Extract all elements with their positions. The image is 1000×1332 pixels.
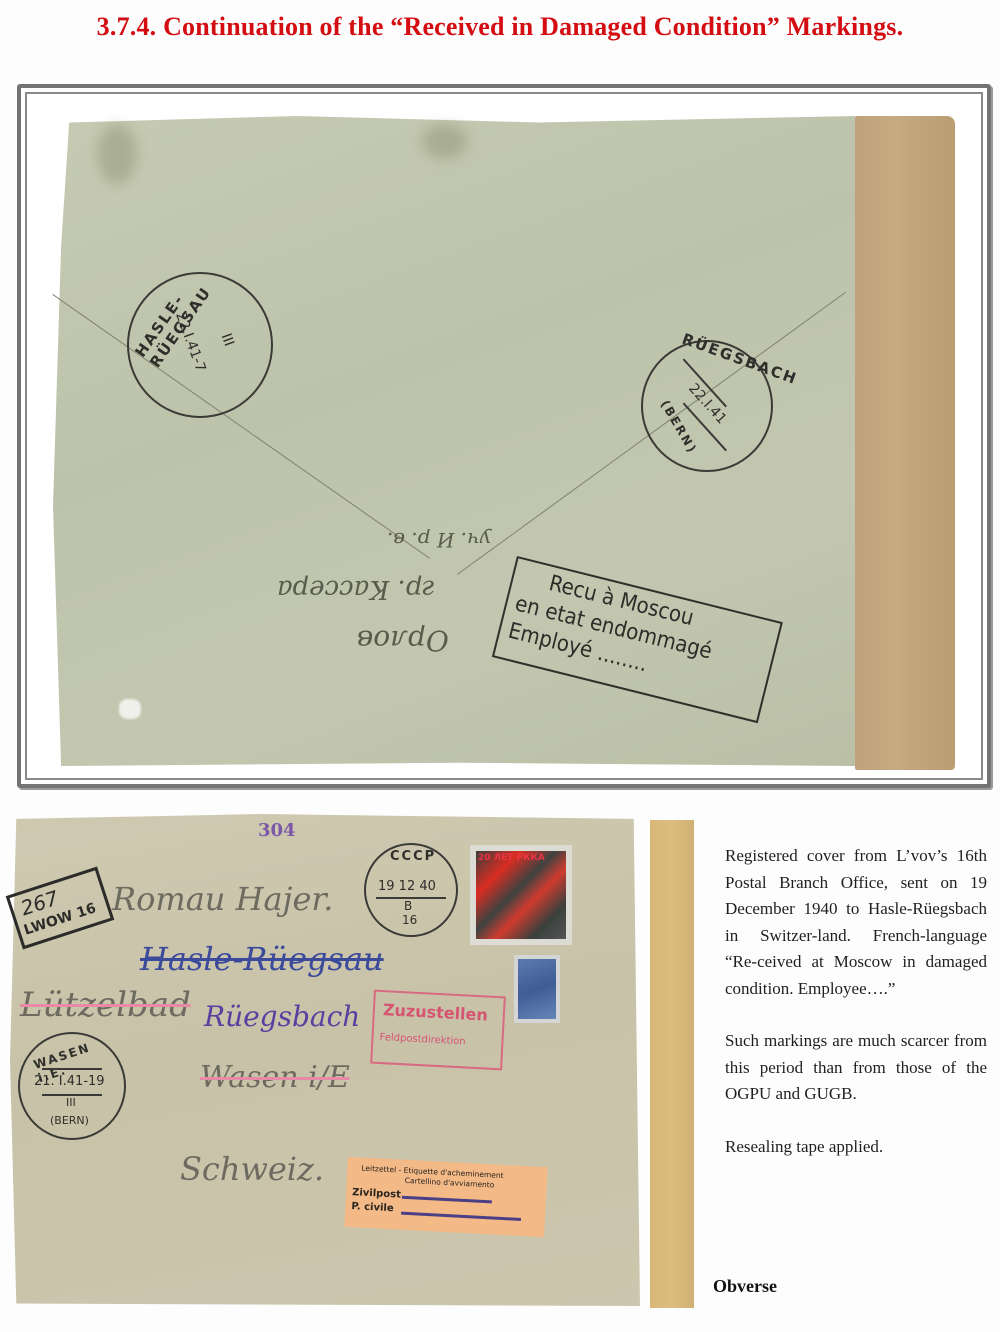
stamp-text: 20 ЛЕТ РККА	[478, 853, 545, 863]
postmark-date: 21. I.41-19	[34, 1074, 105, 1089]
paper-damage	[119, 699, 141, 719]
marking-line: Feldpostdirektion	[379, 1032, 466, 1047]
postmark-code: III	[66, 1096, 76, 1109]
address-line: Wasen i/E	[200, 1060, 350, 1095]
strike-through	[401, 1212, 521, 1221]
postmark-text: (BERN)	[50, 1114, 89, 1127]
address-line: Rüegsbach	[204, 1000, 360, 1033]
postmark-code: B	[404, 899, 412, 913]
label-line: Zivilpost	[352, 1187, 401, 1201]
label-line: P. civile	[351, 1201, 394, 1214]
handwritten-note: гр. Кассера	[277, 574, 436, 604]
postmark-office: 16	[402, 913, 417, 927]
obverse-caption: Obverse	[713, 1276, 777, 1297]
description-paragraph: Registered cover from L’vov’s 16th Posta…	[725, 843, 987, 1002]
postmark-code: III	[218, 331, 237, 348]
handwritten-note: уч. И р. в.	[387, 528, 491, 552]
handwritten-note: Орлов	[357, 624, 449, 657]
stamp-red-army: 20 ЛЕТ РККА	[470, 845, 572, 945]
purple-number: 304	[258, 820, 296, 841]
description: Registered cover from L’vov’s 16th Posta…	[725, 843, 987, 1186]
routing-label: Leitzettel - Etiquette d'acheminement Ca…	[344, 1157, 547, 1237]
description-paragraph: Such markings are much scarcer from this…	[725, 1028, 987, 1108]
address-line: Romau Hajer.	[112, 880, 333, 918]
postmark-text: CCCP	[390, 849, 436, 864]
postmark-lvov: CCCP 19 12 40 B 16	[364, 843, 458, 937]
page-title: 3.7.4. Continuation of the “Received in …	[0, 12, 1000, 42]
address-line: Schweiz.	[180, 1150, 324, 1188]
postmark-date: 19 12 40	[378, 879, 436, 894]
strike-through	[402, 1196, 492, 1204]
reverse-cover-image: HASLE-RÜEGSAU 22.I.41-7 III RÜEGSBACH (B…	[25, 92, 983, 780]
postmark-wasen: WASEN i.E. 21. I.41-19 III (BERN)	[18, 1032, 126, 1140]
reverse-cover-frame: HASLE-RÜEGSAU 22.I.41-7 III RÜEGSBACH (B…	[17, 84, 991, 788]
stain	[422, 124, 467, 159]
stamp-art	[518, 959, 556, 1019]
stamp-art	[476, 851, 566, 939]
resealing-tape-front	[650, 820, 694, 1308]
stain	[97, 124, 137, 184]
address-line: Hasle-Rüegsau	[140, 940, 384, 978]
address-line: Lützelbad	[20, 985, 191, 1025]
description-paragraph: Resealing tape applied.	[725, 1134, 987, 1161]
postmark-ruegsbach: RÜEGSBACH (BERN) 22.I.41	[641, 340, 773, 472]
postmark-hasle-ruegsau: HASLE-RÜEGSAU 22.I.41-7 III	[127, 272, 273, 418]
stamp-blue	[514, 955, 560, 1023]
marking-line: Zuzustellen	[382, 1000, 488, 1024]
zuzustellen-marking: Zuzustellen Feldpostdirektion	[370, 990, 506, 1071]
postmark-text: (BERN)	[658, 398, 700, 457]
postmark-bar	[42, 1068, 102, 1070]
resealing-tape	[855, 116, 955, 770]
